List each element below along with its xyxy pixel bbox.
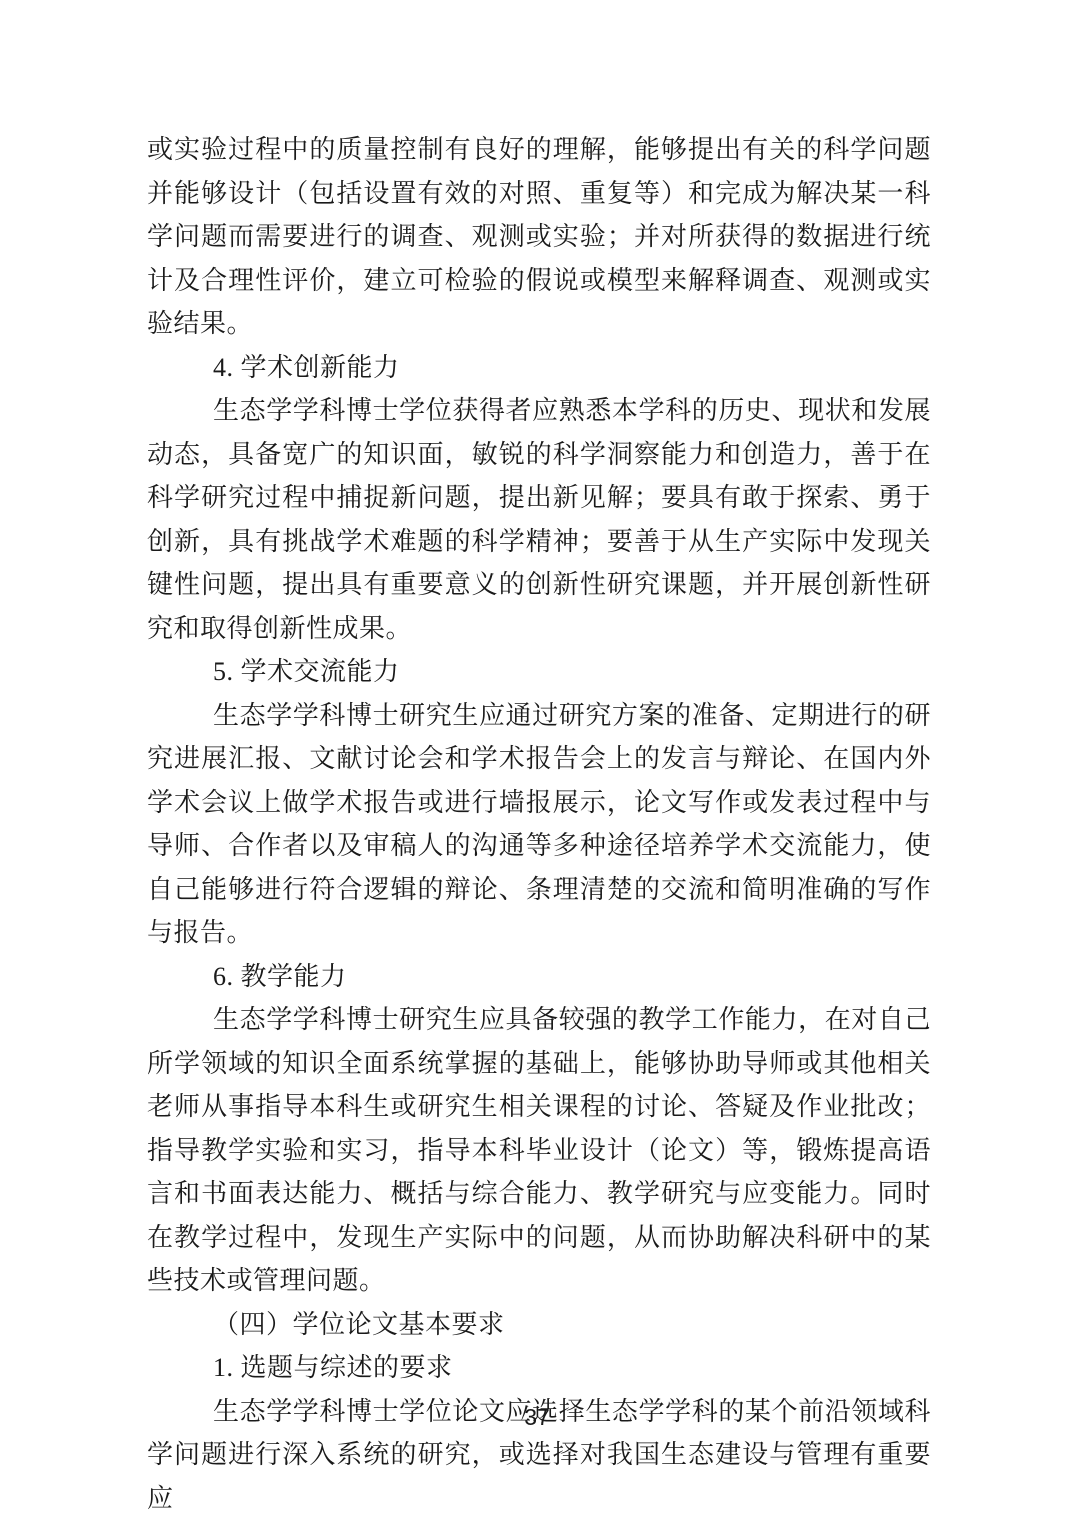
heading-teaching-ability: 6. 教学能力 xyxy=(147,955,931,999)
document-body: 或实验过程中的质量控制有良好的理解，能够提出有关的科学问题并能够设计（包括设置有… xyxy=(147,128,931,1520)
continued-paragraph: 或实验过程中的质量控制有良好的理解，能够提出有关的科学问题并能够设计（包括设置有… xyxy=(147,128,931,346)
heading-dissertation-basic-requirements: （四）学位论文基本要求 xyxy=(147,1303,931,1347)
heading-academic-communication: 5. 学术交流能力 xyxy=(147,650,931,694)
page-number: 37 xyxy=(0,1404,1074,1431)
document-page: 或实验过程中的质量控制有良好的理解，能够提出有关的科学问题并能够设计（包括设置有… xyxy=(0,0,1074,1520)
paragraph-academic-innovation: 生态学学科博士学位获得者应熟悉本学科的历史、现状和发展动态，具备宽广的知识面，敏… xyxy=(147,389,931,650)
heading-academic-innovation: 4. 学术创新能力 xyxy=(147,346,931,390)
heading-topic-and-review-requirements: 1. 选题与综述的要求 xyxy=(147,1346,931,1390)
paragraph-teaching-ability: 生态学学科博士研究生应具备较强的教学工作能力，在对自己所学领域的知识全面系统掌握… xyxy=(147,998,931,1303)
paragraph-academic-communication: 生态学学科博士研究生应通过研究方案的准备、定期进行的研究进展汇报、文献讨论会和学… xyxy=(147,694,931,955)
